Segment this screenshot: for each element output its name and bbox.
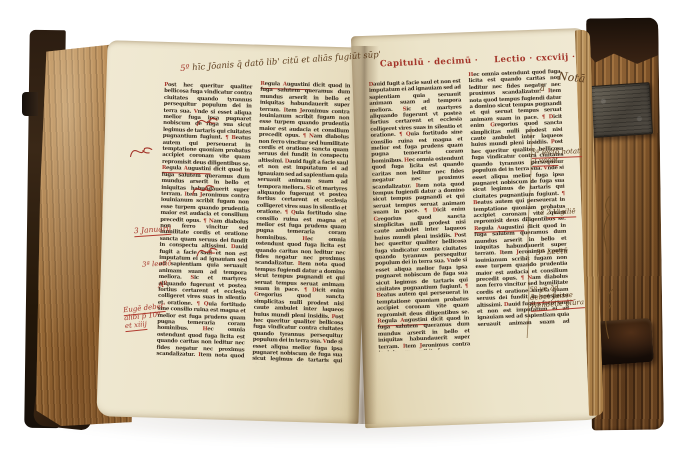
- right-page-column-1: Dauid fugit a facie saul et non est impu…: [369, 78, 471, 351]
- left-manicule-4: [195, 245, 218, 259]
- left-date-note: 3 Januarij: [134, 225, 172, 236]
- clasp-catch-icon: [22, 92, 38, 116]
- leather-remnant: [586, 18, 659, 67]
- left-initial-mark: Aº: [157, 279, 168, 289]
- right-lectio2-note: 3ª Lectū: [536, 247, 569, 257]
- left-page-column-2: Regula Augustini dicit quod in fuga salu…: [252, 81, 350, 366]
- right-bottom-note: 5º yē q̄ddebet fuisseWendelīe plūra: [529, 282, 584, 310]
- right-vigilia-note: ā 2 Vigiliē: [540, 207, 576, 216]
- right-nota: Notā: [557, 71, 585, 86]
- left-manicule-2: [196, 115, 219, 129]
- lectio-heading: Lectio · cxcviij ·: [494, 52, 576, 65]
- right-small-mark: ā: [540, 84, 545, 93]
- left-lectio-note: 3ª lectiō: [142, 259, 172, 269]
- metal-clasp-plate-icon: [590, 82, 653, 138]
- running-header: Capitulū · decimū ·Lectio · cxcviij ·: [380, 52, 584, 69]
- left-bottom-note: Eugē debet'alibi p̄ 10ºet xiiij: [123, 302, 168, 330]
- right-page: Capitulū · decimū ·Lectio · cxcviij · Da…: [351, 28, 601, 428]
- photograph: Post hec queritur qualiter bellicosa fug…: [0, 0, 700, 466]
- right-lectio-note: 5º lectō notat'-i vacāt: [532, 147, 583, 165]
- chapter-heading: Capitulū · decimū ·: [380, 56, 479, 70]
